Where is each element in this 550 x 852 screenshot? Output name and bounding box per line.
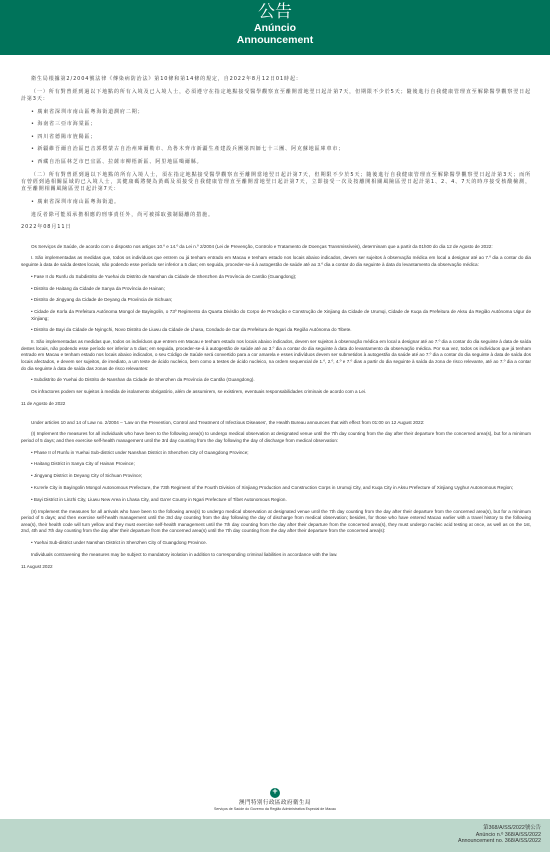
en-date: 11 August 2022 [21,564,531,571]
title-zh: 公告 [0,0,550,22]
zh-list2-item: • 廣東省深圳市南山區粵海街道。 [21,199,531,206]
pt-intro: Os Serviços de Saúde, de acordo com o di… [21,244,531,251]
org-name-zh: 澳門特別行政區政府衛生局 [0,800,550,807]
en-list1-item: • Phase II of Runfu in Yuehai Sub-distri… [21,450,531,457]
announcement-header: 公告 Anúncio Announcement [0,0,550,55]
zh-list1-item: • 新疆維吾爾自治區巴音郭楞蒙古自治州庫爾勒市、烏魯木齊市新疆生產建設兵團第四師… [21,146,531,153]
en-list1-item: • Haitang District in Sanya City of Hain… [21,461,531,468]
zh-penalty: 違反者除可能須承擔相應的刑事責任外，尚可被採取強制隔離的措施。 [21,212,531,219]
title-en: Announcement [0,34,550,46]
en-list1-item: • Bayi District in Linzhi City, Liuwu Ne… [21,497,531,504]
title-pt: Anúncio [0,22,550,34]
en-measure-2: (II) Implement the measures for all arri… [21,509,531,535]
pt-measure-2: II. São implementadas as medidas que, to… [21,339,531,372]
pt-measure-1: I. São implementadas as medidas que, tod… [21,255,531,268]
health-bureau-emblem-icon [267,788,283,800]
pt-list1-item: • Distrito de Jingyang da Cidade de Deya… [21,297,531,304]
zh-list1-item: • 廣東省深圳市南山區粵海街道潤府二期； [21,109,531,116]
zh-list1-item: • 四川省德陽市旌陽區； [21,134,531,141]
pt-penalty: Os infractores podem ser sujeitos à medi… [21,389,531,396]
org-name-pt: Serviços de Saúde do Governo da Região A… [0,807,550,811]
zh-list1-item: • 西藏自治區林芝市巴宜區、拉薩市柳梧新區、阿里地區噶爾縣。 [21,159,531,166]
zh-intro: 衛生局根據第2/2004號法律《傳染病防治法》第10條和第14條的規定，自202… [21,76,531,83]
pt-date: 11 de Agosto de 2022 [21,401,531,408]
pt-list1-item: • Distrito de Bayi da Cidade de Nyingchi… [21,327,531,334]
footer-band: 第368/A/SS/2022號公告 Anúncio n.º 368/A/SS/2… [0,819,550,852]
en-intro: Under articles 10 and 14 of Law no. 2/20… [21,420,531,427]
ref-en: Announcement no. 368/A/SS/2022 [458,838,541,845]
pt-list1-item: • Fase II do Runfu do Subdistrito de Yue… [21,274,531,281]
en-measure-1: (I) Implement the measures for all indiv… [21,431,531,444]
pt-list1-item: • Cidade de Korla da Prefeitura Autónoma… [21,309,531,322]
en-list1-item: • Jingyang District in Deyang City of Si… [21,473,531,480]
zh-measure-1: （一）所有對曾經到過以下地點的所有入境及已入境人士，必須遵守在指定地點接受醫學觀… [21,89,531,104]
zh-measure-2: （二）所有對曾經到過以下地點的所有入境人士，須在指定地點接受醫學觀察直至離開當地… [21,172,531,194]
announcement-body: 衛生局根據第2/2004號法律《傳染病防治法》第10條和第14條的規定，自202… [21,76,531,582]
en-list1-item: • Ku’erle City in Bayingolin Mongol Auto… [21,485,531,492]
pt-list1-item: • Distrito de Haitang da Cidade de Sanya… [21,286,531,293]
en-list2-item: • Yuehai Sub-district under Nanshan Dist… [21,540,531,547]
en-penalty: Individuals contravening the measures ma… [21,552,531,559]
zh-date: 2022年08月11日 [21,224,531,231]
zh-list1-item: • 海南省三亞市海棠區； [21,121,531,128]
health-bureau-logo: 澳門特別行政區政府衛生局 Serviços de Saúde do Govern… [0,786,550,811]
pt-list2-item: • Subdistrito de Yuehai do Distrito de N… [21,377,531,384]
announcement-reference: 第368/A/SS/2022號公告 Anúncio n.º 368/A/SS/2… [458,825,541,845]
